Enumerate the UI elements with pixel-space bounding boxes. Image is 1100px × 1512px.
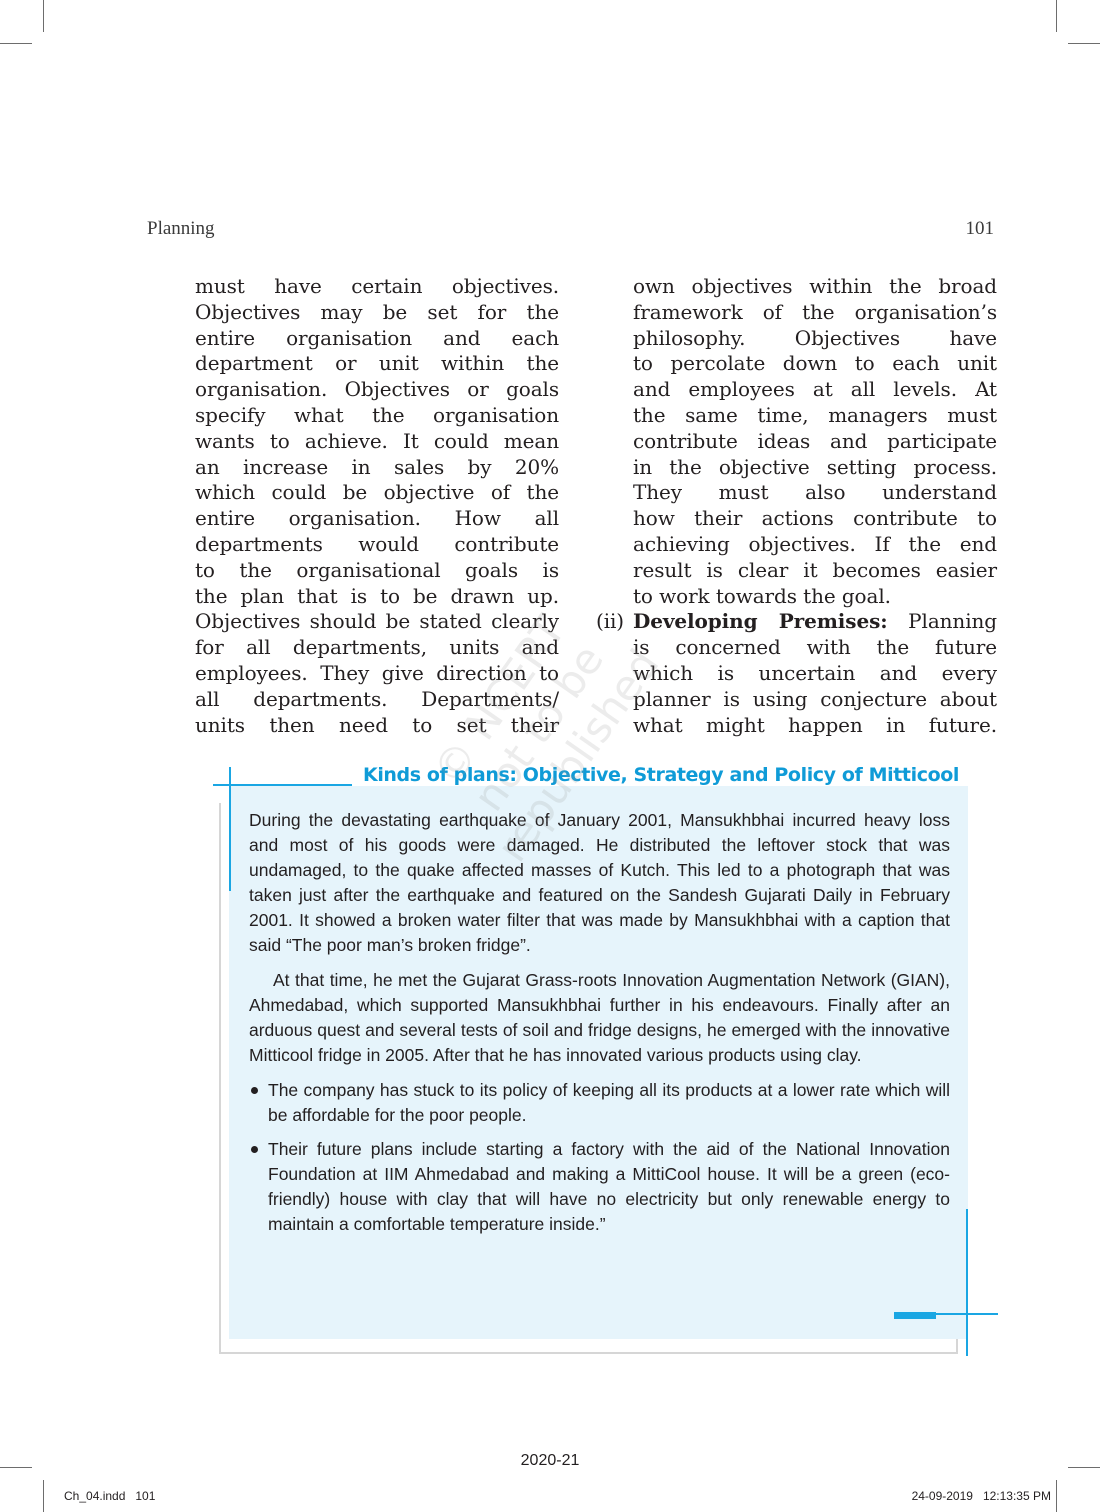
text-line: planner is using conjecture about	[633, 687, 997, 713]
text-line: department or unit within the	[195, 351, 559, 377]
case-box-title: Kinds of plans: Objective, Strategy and …	[363, 764, 953, 786]
footer-year: 2020-21	[0, 1452, 1100, 1470]
crop-mark	[0, 43, 32, 44]
text-line: which is uncertain and every	[633, 661, 997, 687]
accent-block-bottom	[894, 1312, 936, 1319]
text-line: entire organisation and each	[195, 326, 559, 352]
crop-mark	[1056, 1480, 1057, 1512]
bullet-item: The company has stuck to its policy of k…	[249, 1078, 950, 1128]
text-line: all departments. Departments/	[195, 687, 559, 713]
text-line: how their actions contribute to	[596, 506, 997, 532]
case-box-body: During the devastating earthquake of Jan…	[249, 808, 950, 1246]
text-line: units then need to set their	[195, 713, 559, 739]
text-line: philosophy. Objectives have	[596, 326, 997, 352]
text-line: to work towards the goal.	[596, 584, 997, 610]
text-line: framework of the organisation’s	[596, 300, 997, 326]
left-column: must have certain objectives. Objectives…	[195, 274, 559, 738]
accent-line-top-vertical	[229, 767, 231, 891]
text-line: the same time, managers must	[596, 403, 997, 429]
text-line: must have certain objectives.	[195, 274, 559, 300]
text-line: departments would contribute	[195, 532, 559, 558]
text-line: the plan that is to be drawn up.	[195, 584, 559, 610]
text-line: own objectives within the broad	[596, 274, 997, 300]
bullet-text: The company has stuck to its policy of k…	[268, 1080, 950, 1125]
page-number: 101	[966, 218, 995, 240]
text-line: in the objective setting process.	[596, 455, 997, 481]
text-line: Objectives should be stated clearly	[195, 609, 559, 635]
case-paragraph: At that time, he met the Gujarat Grass-r…	[249, 968, 950, 1068]
item-term: Developing Premises:	[633, 609, 888, 633]
crop-mark	[43, 1480, 44, 1512]
bullet-text: Their future plans include starting a fa…	[268, 1139, 950, 1234]
text-line: Developing Premises: Planning	[633, 609, 997, 635]
text-line: Objectives may be set for the	[195, 300, 559, 326]
case-bullet-list: The company has stuck to its policy of k…	[249, 1078, 950, 1237]
text-line: to the organisational goals is	[195, 558, 559, 584]
slug-file-info: Ch_04.indd 101	[64, 1489, 155, 1503]
text-line: wants to achieve. It could mean	[195, 429, 559, 455]
crop-mark	[1056, 0, 1057, 32]
case-paragraph: During the devastating earthquake of Jan…	[249, 808, 950, 958]
bullet-icon	[251, 1087, 258, 1094]
text-line: achieving objectives. If the end	[596, 532, 997, 558]
text-line: result is clear it becomes easier	[596, 558, 997, 584]
text-line: They must also understand	[596, 480, 997, 506]
text-line: what might happen in future.	[633, 713, 997, 739]
text-line: is concerned with the future	[633, 635, 997, 661]
text-line: for all departments, units and	[195, 635, 559, 661]
text-line: to percolate down to each unit	[596, 351, 997, 377]
text-line: contribute ideas and participate	[596, 429, 997, 455]
right-column: own objectives within the broad framewor…	[596, 274, 997, 738]
crop-mark	[1068, 43, 1100, 44]
text-line: an increase in sales by 20%	[195, 455, 559, 481]
text-line: entire organisation. How all	[195, 506, 559, 532]
slug-timestamp: 24-09-2019 12:13:35 PM	[912, 1489, 1051, 1503]
bullet-icon	[251, 1146, 258, 1153]
running-head: Planning 101	[147, 218, 994, 240]
item-number: (ii)	[596, 609, 633, 738]
crop-mark	[43, 0, 44, 32]
accent-line-bottom-vertical	[966, 1209, 968, 1356]
text-line: which could be objective of the	[195, 480, 559, 506]
bullet-item: Their future plans include starting a fa…	[249, 1137, 950, 1237]
text-line: employees. They give direction to	[195, 661, 559, 687]
list-item-developing-premises: (ii) Developing Premises: Planning is co…	[596, 609, 997, 738]
text-line: specify what the organisation	[195, 403, 559, 429]
accent-line-top-horizontal	[213, 784, 352, 786]
chapter-title: Planning	[147, 218, 215, 240]
item-first-line-rest: Planning	[888, 609, 997, 633]
text-line: and employees at all levels. At	[596, 377, 997, 403]
text-line: organisation. Objectives or goals	[195, 377, 559, 403]
